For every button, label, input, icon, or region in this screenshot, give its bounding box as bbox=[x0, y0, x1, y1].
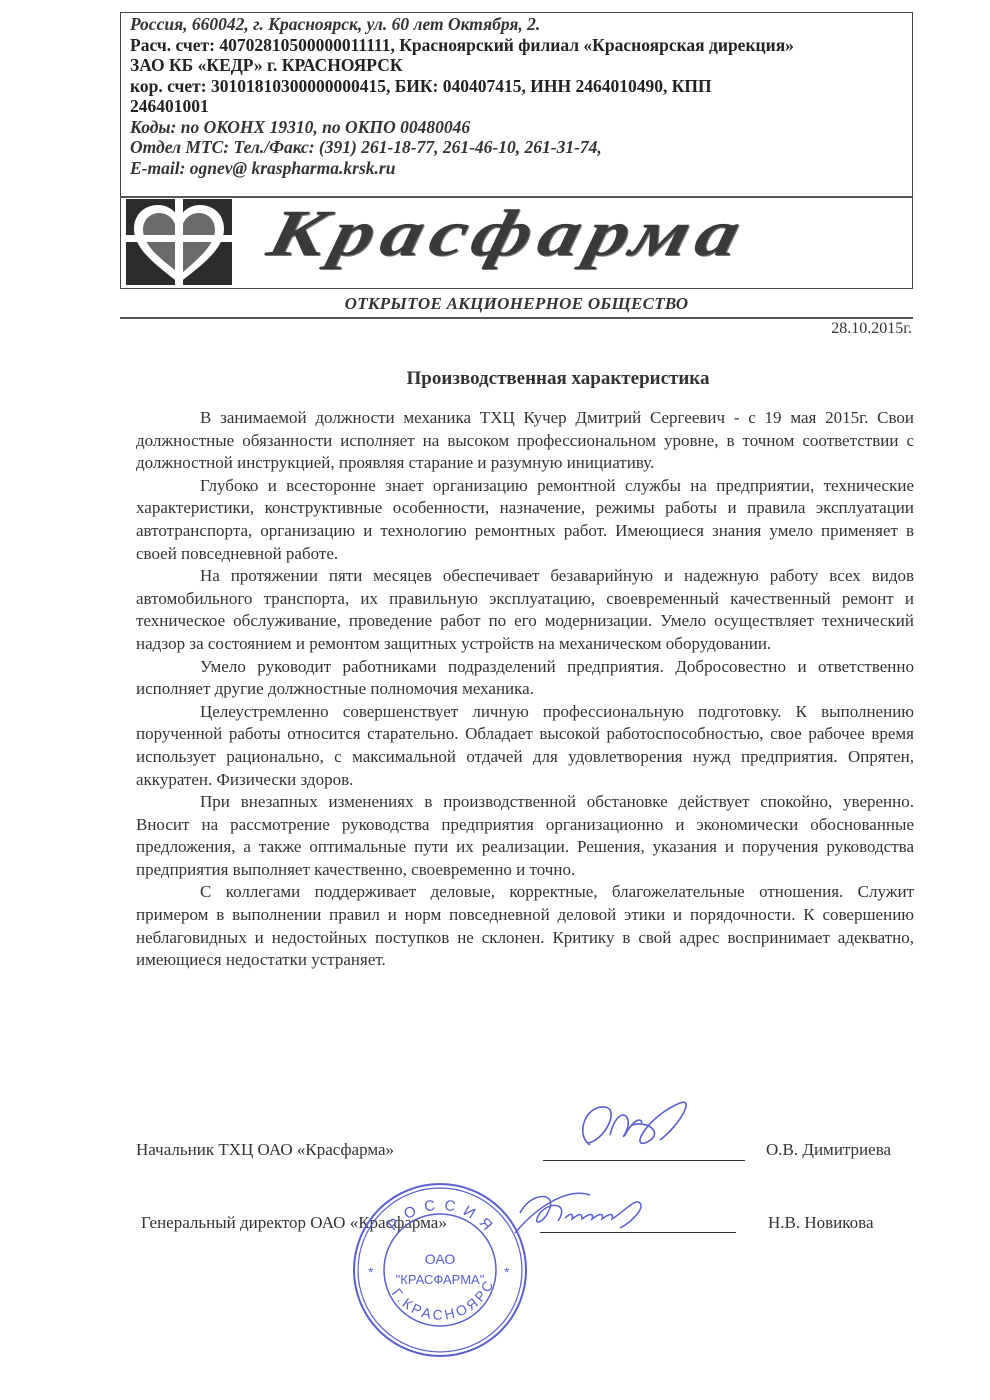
signatory-1-name: О.В. Димитриева bbox=[766, 1140, 891, 1160]
svg-text:*: * bbox=[368, 1264, 374, 1280]
kpp-continuation: 246401001 bbox=[130, 96, 910, 117]
legal-form: ОТКРЫТОЕ АКЦИОНЕРНОЕ ОБЩЕСТВО bbox=[120, 294, 913, 314]
document-title: Производственная характеристика bbox=[0, 368, 990, 390]
brand-name: Красфарма bbox=[261, 196, 756, 272]
bank-account: Расч. счет: 40702810500000011111, Красно… bbox=[130, 35, 910, 56]
paragraph: С коллегами поддерживает деловые, коррек… bbox=[136, 881, 914, 971]
correspondent-account: кор. счет: 30101810300000000415, БИК: 04… bbox=[130, 76, 910, 97]
company-requisites: Россия, 660042, г. Красноярск, ул. 60 ле… bbox=[130, 14, 910, 178]
bank-name: ЗАО КБ «КЕДР» г. КРАСНОЯРСК bbox=[130, 55, 910, 76]
svg-text:"КРАСФАРМА": "КРАСФАРМА" bbox=[396, 1272, 485, 1287]
svg-text:РОССИЯ: РОССИЯ bbox=[385, 1196, 501, 1239]
paragraph: Умело руководит работниками подразделени… bbox=[136, 656, 914, 701]
svg-text:ОАО: ОАО bbox=[425, 1251, 456, 1267]
paragraph: В занимаемой должности механика ТХЦ Куче… bbox=[136, 407, 914, 475]
signature-line-1 bbox=[543, 1160, 745, 1161]
paragraph: При внезапных изменениях в производствен… bbox=[136, 791, 914, 881]
company-stamp-icon: РОССИЯ Г.КРАСНОЯРСК ОАО "КРАСФАРМА" * * bbox=[350, 1180, 530, 1360]
paragraph: Глубоко и всесторонне знает организацию … bbox=[136, 475, 914, 565]
paragraph: На протяжении пяти месяцев обеспечивает … bbox=[136, 565, 914, 655]
svg-text:*: * bbox=[504, 1264, 510, 1280]
heart-cross-icon bbox=[126, 199, 232, 285]
phone-numbers: Отдел МТС: Тел./Факс: (391) 261-18-77, 2… bbox=[130, 137, 910, 158]
paragraph: Целеустремленно совершенствует личную пр… bbox=[136, 701, 914, 791]
email: E-mail: ognev@ kraspharma.krsk.ru bbox=[130, 158, 910, 179]
signature-1-icon bbox=[570, 1095, 700, 1155]
document-body: В занимаемой должности механика ТХЦ Куче… bbox=[136, 407, 914, 972]
signature-2-icon bbox=[510, 1183, 680, 1243]
signatory-2-name: Н.В. Новикова bbox=[768, 1213, 874, 1233]
statistical-codes: Коды: по ОКОНХ 19310, по ОКПО 00480046 bbox=[130, 117, 910, 138]
legal-form-divider bbox=[120, 317, 913, 319]
document-date: 28.10.2015г. bbox=[831, 320, 912, 338]
signatory-1-position: Начальник ТХЦ ОАО «Красфарма» bbox=[136, 1140, 394, 1160]
address: Россия, 660042, г. Красноярск, ул. 60 ле… bbox=[130, 14, 910, 35]
